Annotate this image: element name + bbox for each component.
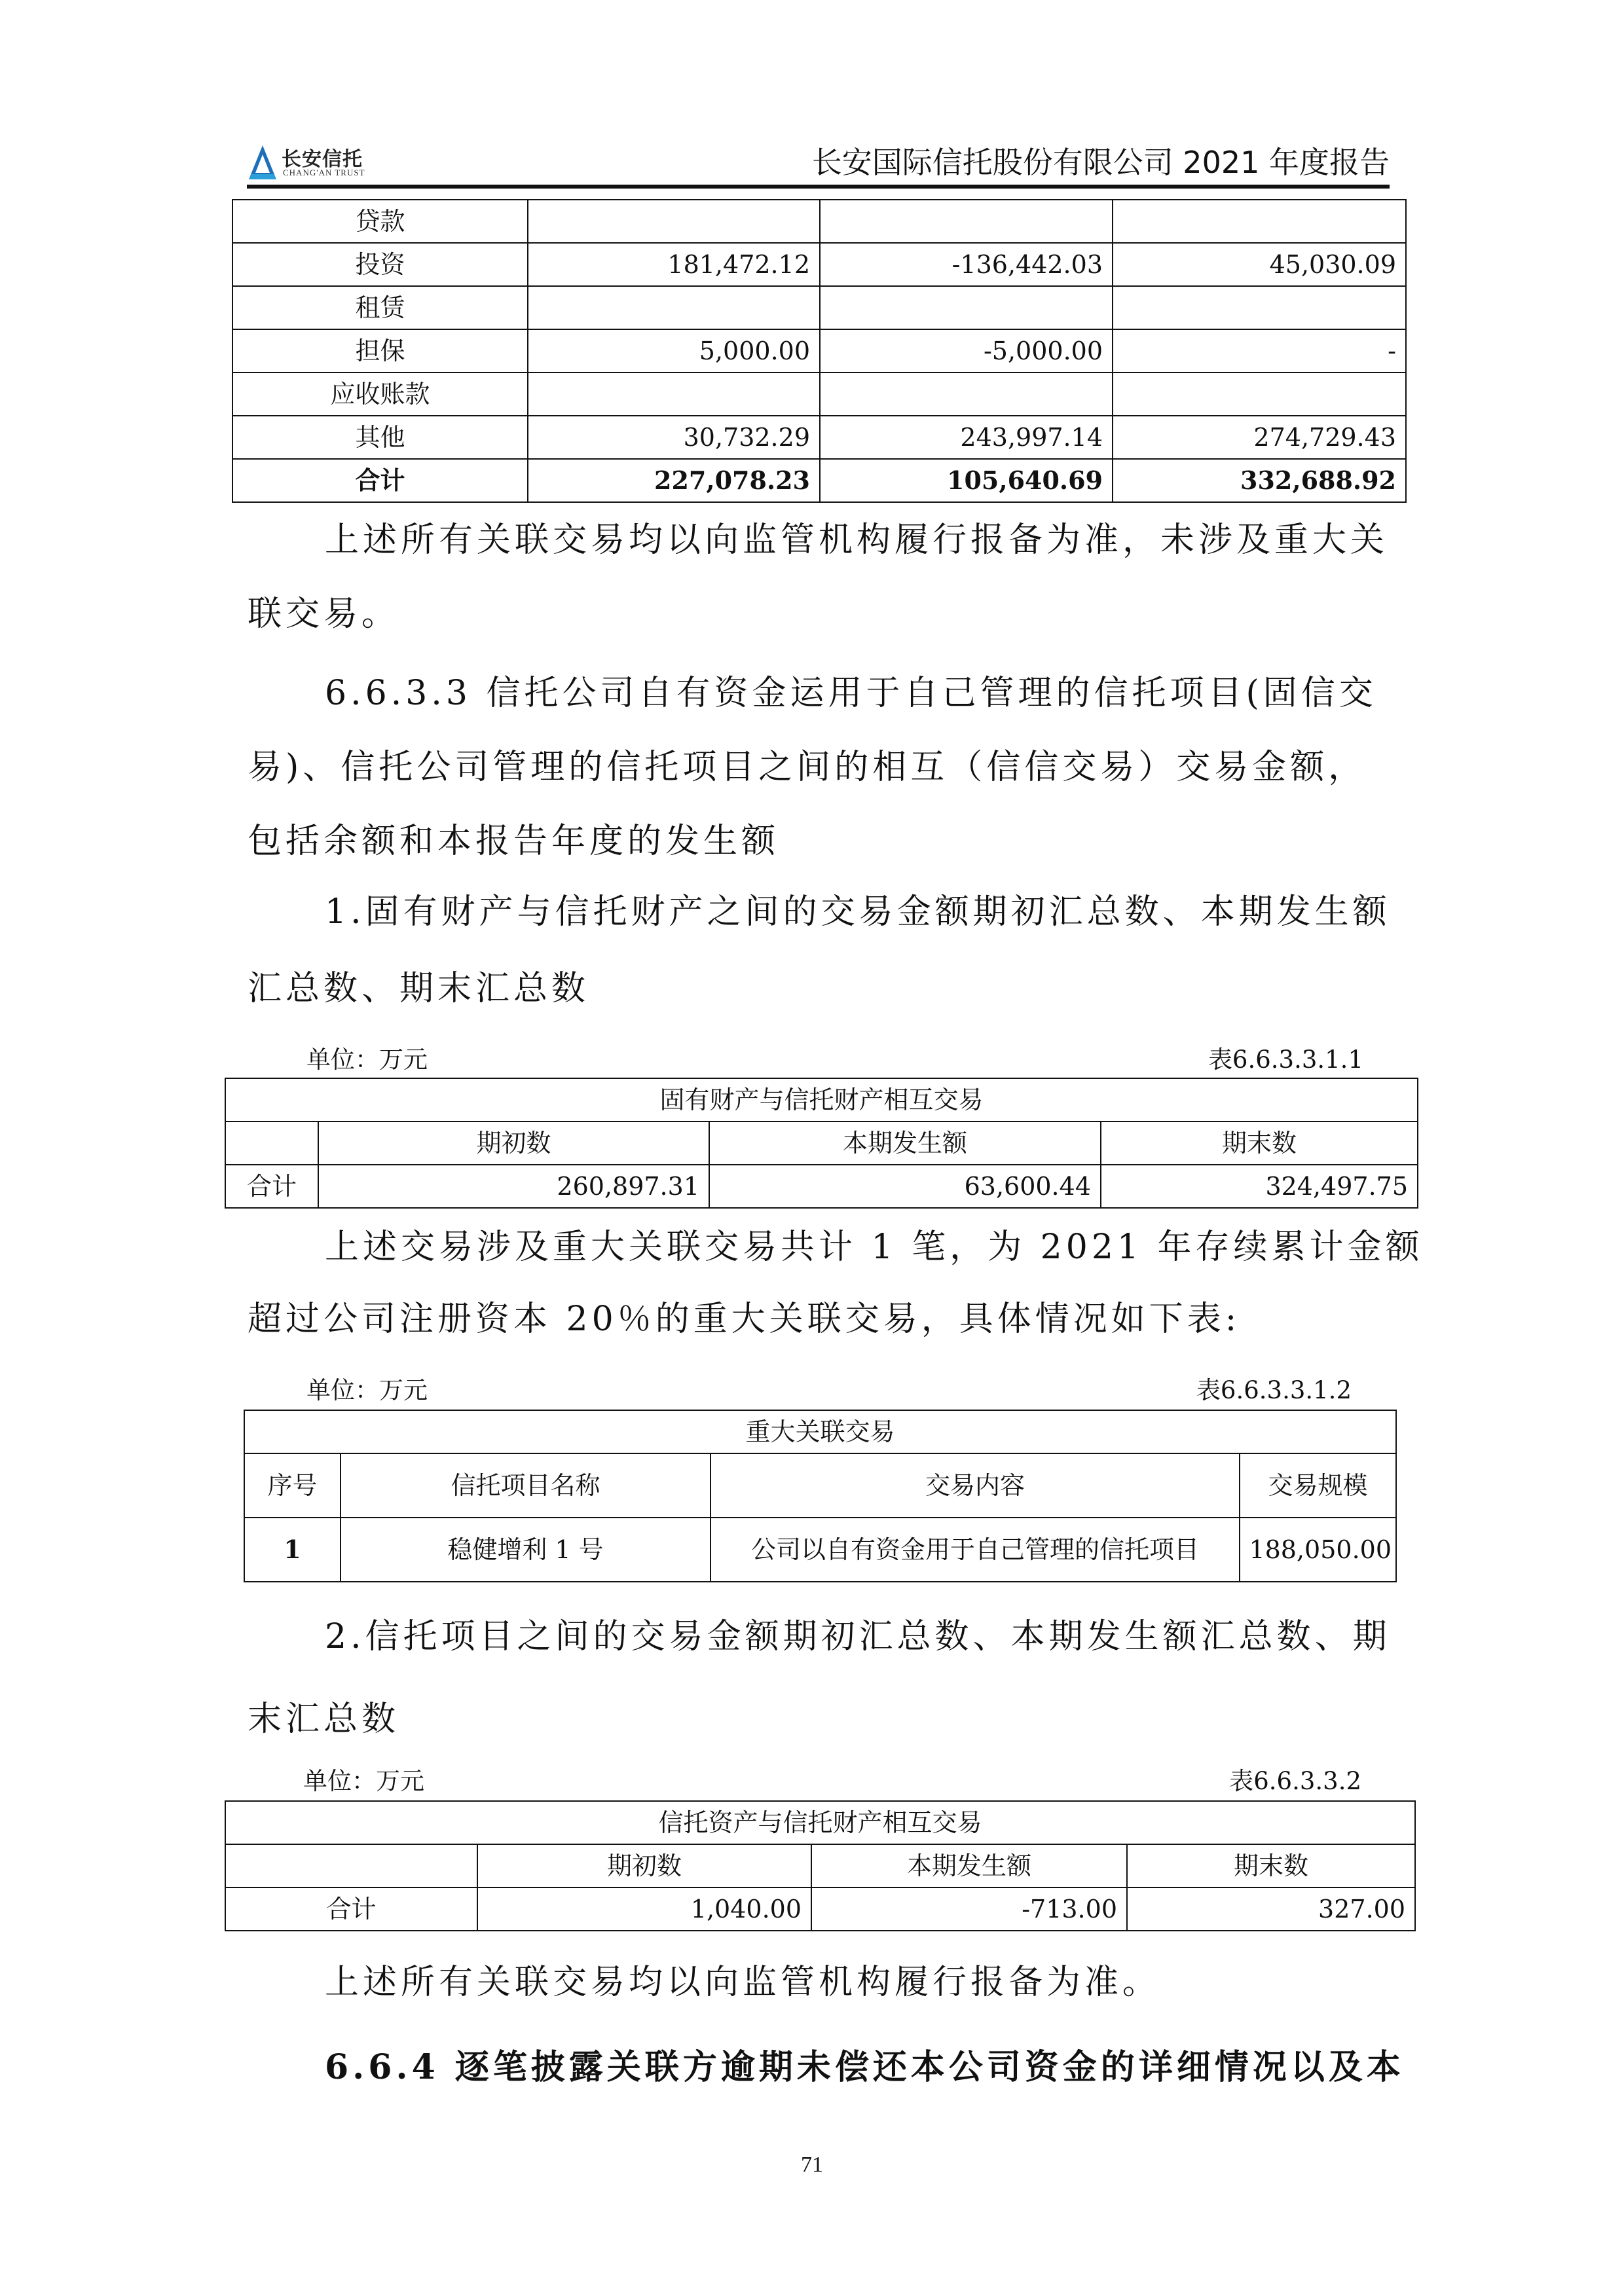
paragraph-text: 上述交易涉及重大关联交易共计 1 笔，为 2021 年存续累计金额 (248, 1219, 1467, 1268)
cell-value (528, 373, 820, 416)
table-title-row: 固有财产与信托财产相互交易 (225, 1078, 1418, 1121)
paragraph-text: 联交易。 (248, 586, 1390, 635)
section-heading-6-6-3-3: 包括余额和本报告年度的发生额 (248, 813, 1390, 862)
section-heading-6-6-4: 6.6.4 逐笔披露关联方逾期未偿还本公司资金的详细情况以及本 (248, 2039, 1467, 2088)
table-title: 重大关联交易 (244, 1410, 1396, 1453)
cell-value: 227,078.23 (528, 459, 820, 502)
table-title-row: 信托资产与信托财产相互交易 (225, 1801, 1415, 1844)
cell-value: -136,442.03 (820, 243, 1113, 286)
cell-value: 324,497.75 (1101, 1165, 1418, 1208)
cell-value: 327.00 (1127, 1887, 1415, 1931)
cell-value: 30,732.29 (528, 416, 820, 459)
cell-value: 243,997.14 (820, 416, 1113, 459)
table-id: 表6.6.3.3.1.2 (1196, 1370, 1352, 1406)
table-row: 1 稳健增利 1 号 公司以自有资金用于自己管理的信托项目 188,050.00 (244, 1518, 1396, 1582)
cell-value: 332,688.92 (1113, 459, 1406, 502)
item-1-heading: 汇总数、期末汇总数 (248, 960, 1390, 1010)
column-header: 本期发生额 (811, 1844, 1127, 1887)
cell-value (528, 286, 820, 329)
company-logo: 长安信托 CHANG'AN TRUST (248, 143, 392, 182)
unit-label: 单位：万元 (306, 1040, 428, 1075)
row-label: 租赁 (232, 286, 528, 329)
section-heading-6-6-3-3: 6.6.3.3 信托公司自有资金运用于自己管理的信托项目(固信交 (248, 665, 1467, 714)
column-header: 期末数 (1127, 1844, 1415, 1887)
table-row: 租赁 (232, 286, 1406, 329)
related-transactions-table-continued: 贷款 投资 181,472.12 -136,442.03 45,030.09 租… (232, 199, 1407, 503)
table-title: 信托资产与信托财产相互交易 (225, 1801, 1415, 1844)
table-row: 担保 5,000.00 -5,000.00 - (232, 329, 1406, 373)
cell-value: 1,040.00 (477, 1887, 811, 1931)
row-label: 投资 (232, 243, 528, 286)
paragraph-text: 超过公司注册资本 20％的重大关联交易，具体情况如下表: (248, 1291, 1390, 1340)
cell-value (528, 200, 820, 243)
table-title-row: 重大关联交易 (244, 1410, 1396, 1453)
item-2-heading: 末汇总数 (248, 1691, 1390, 1740)
major-related-transactions-table: 重大关联交易 序号 信托项目名称 交易内容 交易规模 1 稳健增利 1 号 公司… (244, 1410, 1397, 1582)
cell-value: 274,729.43 (1113, 416, 1406, 459)
column-header (225, 1844, 477, 1887)
section-heading-6-6-3-3: 易)、信托公司管理的信托项目之间的相互（信信交易）交易金额， (248, 739, 1390, 788)
trust-trust-transactions-table: 信托资产与信托财产相互交易 期初数 本期发生额 期末数 合计 1,040.00 … (225, 1800, 1416, 1931)
cell-value: -5,000.00 (820, 329, 1113, 373)
table-header-row: 期初数 本期发生额 期末数 (225, 1121, 1418, 1165)
cell-value: - (1113, 329, 1406, 373)
transaction-content: 公司以自有资金用于自己管理的信托项目 (710, 1518, 1240, 1582)
cell-value (820, 286, 1113, 329)
cell-value: 63,600.44 (709, 1165, 1101, 1208)
paragraph-text: 上述所有关联交易均以向监管机构履行报备为准。 (248, 1954, 1467, 2003)
cell-value (1113, 200, 1406, 243)
table-title: 固有财产与信托财产相互交易 (225, 1078, 1418, 1121)
column-header: 交易规模 (1240, 1453, 1396, 1518)
column-header: 信托项目名称 (341, 1453, 710, 1518)
row-label: 担保 (232, 329, 528, 373)
column-header: 本期发生额 (709, 1121, 1101, 1165)
proprietary-trust-transactions-table: 固有财产与信托财产相互交易 期初数 本期发生额 期末数 合计 260,897.3… (225, 1078, 1418, 1209)
total-row: 合计 260,897.31 63,600.44 324,497.75 (225, 1165, 1418, 1208)
row-label: 合计 (232, 459, 528, 502)
logo-english-text: CHANG'AN TRUST (283, 168, 365, 178)
table-header-row: 序号 信托项目名称 交易内容 交易规模 (244, 1453, 1396, 1518)
column-header: 序号 (244, 1453, 341, 1518)
column-header: 期初数 (318, 1121, 709, 1165)
table-id: 表6.6.3.3.1.1 (1208, 1040, 1363, 1075)
row-label: 其他 (232, 416, 528, 459)
transaction-scale: 188,050.00 (1240, 1518, 1396, 1582)
column-header: 交易内容 (710, 1453, 1240, 1518)
table-row: 投资 181,472.12 -136,442.03 45,030.09 (232, 243, 1406, 286)
cell-value: -713.00 (811, 1887, 1127, 1931)
table-row: 应收账款 (232, 373, 1406, 416)
report-header-title: 长安国际信托股份有限公司 2021 年度报告 (812, 139, 1390, 182)
header-divider (247, 185, 1390, 189)
trust-project-name: 稳健增利 1 号 (341, 1518, 710, 1582)
logo-mark-icon (248, 144, 278, 181)
table-row: 贷款 (232, 200, 1406, 243)
cell-value: 260,897.31 (318, 1165, 709, 1208)
unit-label: 单位：万元 (303, 1761, 424, 1796)
paragraph-text: 上述所有关联交易均以向监管机构履行报备为准，未涉及重大关 (248, 512, 1467, 561)
column-header (225, 1121, 318, 1165)
page-number: 71 (0, 2153, 1624, 2178)
table-header-row: 期初数 本期发生额 期末数 (225, 1844, 1415, 1887)
total-row: 合计 227,078.23 105,640.69 332,688.92 (232, 459, 1406, 502)
table-id: 表6.6.3.3.2 (1229, 1761, 1361, 1796)
cell-value: 45,030.09 (1113, 243, 1406, 286)
cell-value: 105,640.69 (820, 459, 1113, 502)
row-number: 1 (244, 1518, 341, 1582)
column-header: 期初数 (477, 1844, 811, 1887)
row-label: 合计 (225, 1165, 318, 1208)
item-2-heading: 2.信托项目之间的交易金额期初汇总数、本期发生额汇总数、期 (248, 1609, 1467, 1658)
row-label: 应收账款 (232, 373, 528, 416)
cell-value: 5,000.00 (528, 329, 820, 373)
cell-value (1113, 286, 1406, 329)
total-row: 合计 1,040.00 -713.00 327.00 (225, 1887, 1415, 1931)
cell-value (820, 200, 1113, 243)
table-row: 其他 30,732.29 243,997.14 274,729.43 (232, 416, 1406, 459)
cell-value: 181,472.12 (528, 243, 820, 286)
row-label: 合计 (225, 1887, 477, 1931)
column-header: 期末数 (1101, 1121, 1418, 1165)
row-label: 贷款 (232, 200, 528, 243)
unit-label: 单位：万元 (306, 1370, 428, 1406)
item-1-heading: 1.固有财产与信托财产之间的交易金额期初汇总数、本期发生额 (248, 884, 1467, 933)
cell-value (820, 373, 1113, 416)
cell-value (1113, 373, 1406, 416)
